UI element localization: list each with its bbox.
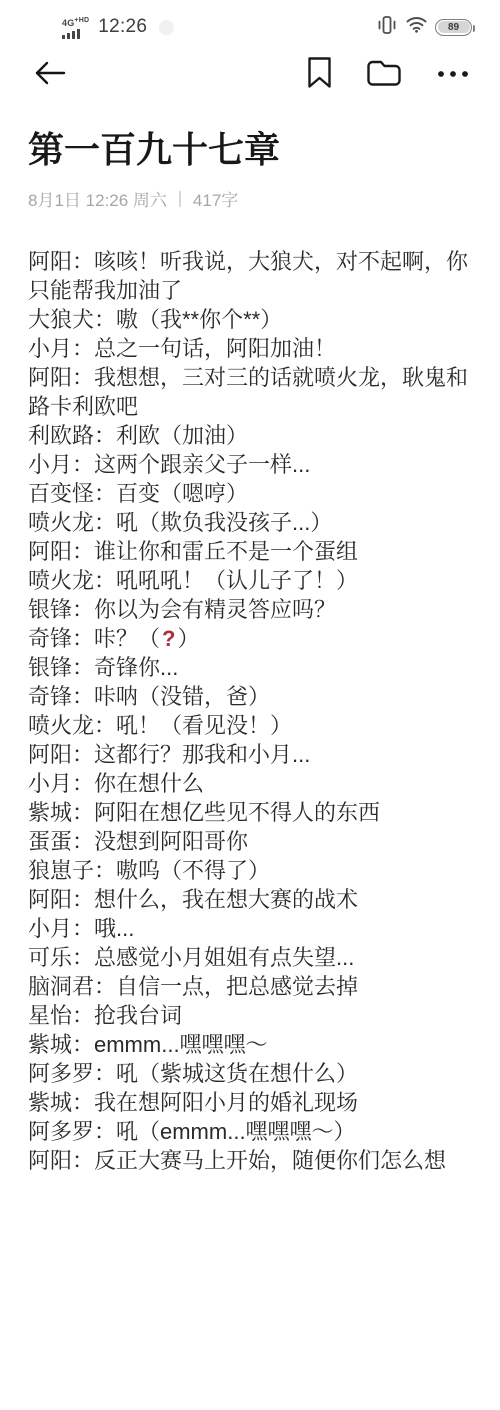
back-arrow-icon	[30, 58, 70, 91]
chapter-body: 阿阳：咳咳！听我说，大狼犬，对不起啊，你只能帮我加油了大狼犬：嗷（我**你个**…	[28, 247, 472, 1175]
chapter-meta: 8月1日 12:26 周六 417字	[28, 186, 472, 211]
battery-percent: 89	[448, 22, 459, 33]
paragraph: 奇锋：咔呐（没错，爸）	[28, 682, 472, 711]
paragraph: 百变怪：百变（嗯哼）	[28, 479, 472, 508]
chapter-word-count: 417字	[193, 186, 238, 211]
camera-punch-hole	[159, 20, 174, 35]
paragraph: 紫城：emmm...嘿嘿嘿～	[28, 1030, 472, 1059]
paragraph: 阿阳：我想想，三对三的话就喷火龙，耿鬼和路卡利欧吧	[28, 363, 472, 421]
paragraph: 小月：总之一句话，阿阳加油！	[28, 334, 472, 363]
paragraph: 阿多罗：吼（emmm...嘿嘿嘿～）	[28, 1117, 472, 1146]
bookmark-button[interactable]	[307, 56, 332, 92]
nav-bar	[0, 48, 500, 100]
paragraph: 阿阳：想什么，我在想大赛的战术	[28, 885, 472, 914]
paragraph: 紫城：我在想阿阳小月的婚礼现场	[28, 1088, 472, 1117]
red-question-mark: ?	[160, 626, 177, 651]
status-time: 12:26	[98, 16, 147, 38]
signal-bars-icon	[62, 29, 80, 39]
paragraph: 紫城：阿阳在想亿些见不得人的东西	[28, 798, 472, 827]
phone-screen: 4G+HD 12:26	[0, 0, 500, 1410]
paragraph: 小月：哦...	[28, 914, 472, 943]
paragraph: 阿阳：咳咳！听我说，大狼犬，对不起啊，你只能帮我加油了	[28, 247, 472, 305]
paragraph: 喷火龙：吼吼吼！（认儿子了！）	[28, 566, 472, 595]
vibrate-icon	[376, 15, 398, 40]
status-bar: 4G+HD 12:26	[0, 0, 500, 44]
network-badge: +HD	[74, 17, 89, 24]
paragraph: 阿阳：反正大赛马上开始，随便你们怎么想	[28, 1146, 472, 1175]
back-button[interactable]	[30, 58, 70, 91]
paragraph: 可乐：总感觉小月姐姐有点失望...	[28, 943, 472, 972]
paragraph: 小月：你在想什么	[28, 769, 472, 798]
paragraph: 脑洞君：自信一点，把总感觉去掉	[28, 972, 472, 1001]
paragraph: 阿多罗：吼（紫城这货在想什么）	[28, 1059, 472, 1088]
battery-icon: 89	[435, 19, 472, 36]
paragraph: 奇锋：咔？（?）	[28, 624, 472, 653]
folder-button[interactable]	[366, 59, 402, 90]
wifi-icon	[406, 16, 427, 38]
paragraph: 小月：这两个跟亲父子一样...	[28, 450, 472, 479]
article: 第一百九十七章 8月1日 12:26 周六 417字 阿阳：咳咳！听我说，大狼犬…	[0, 126, 500, 1175]
paragraph: 银锋：奇锋你...	[28, 653, 472, 682]
paragraph: 狼崽子：嗷呜（不得了）	[28, 856, 472, 885]
paragraph: 喷火龙：吼（欺负我没孩子...）	[28, 508, 472, 537]
folder-icon	[366, 59, 402, 90]
more-button[interactable]	[436, 67, 470, 82]
chapter-datetime: 8月1日 12:26 周六	[28, 186, 167, 211]
bookmark-icon	[307, 56, 332, 92]
paragraph: 星怡：抢我台词	[28, 1001, 472, 1030]
paragraph: 阿阳：这都行？那我和小月...	[28, 740, 472, 769]
chapter-title: 第一百九十七章	[28, 126, 472, 174]
cellular-signal-icon: 4G+HD	[62, 16, 89, 39]
paragraph: 银锋：你以为会有精灵答应吗？	[28, 595, 472, 624]
network-type-label: 4G+HD	[62, 16, 89, 28]
paragraph: 大狼犬：嗷（我**你个**）	[28, 305, 472, 334]
paragraph: 阿阳：谁让你和雷丘不是一个蛋组	[28, 537, 472, 566]
paragraph: 喷火龙：吼！（看见没！）	[28, 711, 472, 740]
paragraph: 蛋蛋：没想到阿阳哥你	[28, 827, 472, 856]
more-dots-icon	[436, 67, 470, 82]
meta-divider	[179, 191, 181, 207]
paragraph: 利欧路：利欧（加油）	[28, 421, 472, 450]
